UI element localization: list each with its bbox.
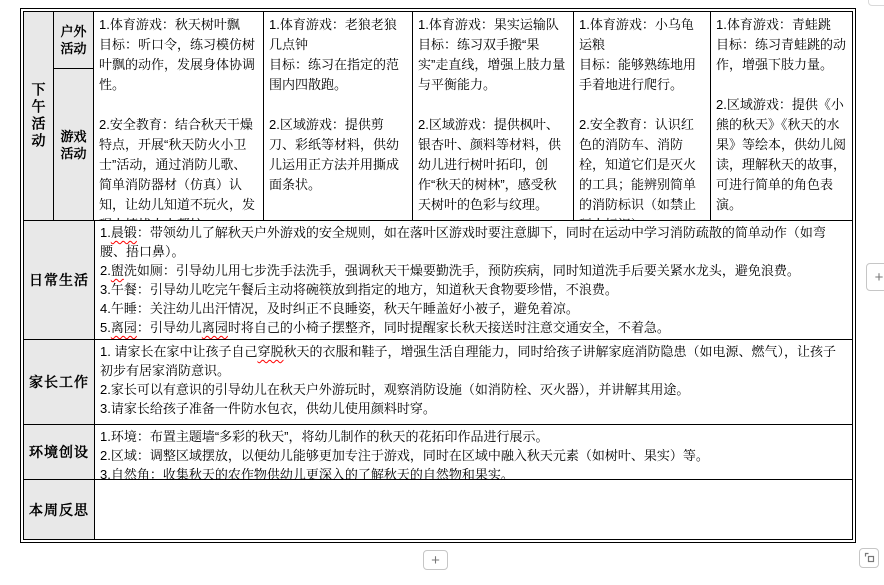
daily-life-content-cell[interactable]: 1.晨锻：带领幼儿了解秋天户外游戏的安全规则，如在落叶区游戏时要注意脚下，同时在… bbox=[95, 221, 852, 339]
plus-icon: + bbox=[431, 553, 440, 568]
add-row-button[interactable]: + bbox=[423, 550, 448, 570]
day-3-plan-cell[interactable]: 1.体育游戏：果实运输队目标：练习双手搬“果实”走直线，增强上肢力量与平衡能力。… bbox=[413, 12, 574, 220]
row-label-reflection[interactable]: 本周反思 bbox=[24, 480, 95, 539]
resize-table-button[interactable] bbox=[859, 548, 879, 568]
parent-work-content-cell[interactable]: 1. 请家长在家中让孩子自己穿脱秋天的衣服和鞋子，增强生活自理能力，同时给孩子讲… bbox=[95, 340, 852, 424]
row-label-game-activities[interactable]: 游戏活动 bbox=[54, 69, 93, 220]
environment-row: 环境创设 1.环境：布置主题墙“多彩的秋天”，将幼儿制作的秋天的花拓印作品进行展… bbox=[24, 425, 852, 480]
environment-content-cell[interactable]: 1.环境：布置主题墙“多彩的秋天”，将幼儿制作的秋天的花拓印作品进行展示。2.区… bbox=[95, 425, 852, 479]
day-1-plan-cell[interactable]: 1.体育游戏：秋天树叶飘目标：听口令，练习模仿树叶飘的动作，发展身体协调性。 2… bbox=[94, 12, 264, 220]
reflection-row: 本周反思 bbox=[24, 480, 852, 539]
afternoon-activities-row: 下午活动 户外活动 游戏活动 1.体育游戏：秋天树叶飘目标：听口令，练习模仿树叶… bbox=[24, 12, 852, 221]
expand-corner-icon bbox=[864, 551, 875, 566]
day-2-plan-cell[interactable]: 1.体育游戏：老狼老狼几点钟目标：练习在指定的范围内四散跑。 2.区域游戏：提供… bbox=[264, 12, 413, 220]
row-label-environment[interactable]: 环境创设 bbox=[24, 425, 95, 479]
afternoon-sublabels: 户外活动 游戏活动 bbox=[54, 12, 94, 220]
row-label-daily-life[interactable]: 日常生活 bbox=[24, 221, 95, 339]
add-column-button[interactable]: + bbox=[866, 263, 884, 291]
partial-button-cut-off[interactable] bbox=[868, 0, 884, 6]
row-label-outdoor-activities[interactable]: 户外活动 bbox=[54, 12, 93, 69]
day-5-plan-cell[interactable]: 1.体育游戏：青蛙跳目标：练习青蛙跳的动作，增强下肢力量。 2.区域游戏：提供《… bbox=[711, 12, 852, 220]
day-4-plan-cell[interactable]: 1.体育游戏：小乌龟运粮目标：能够熟练地用手着地进行爬行。 2.安全教育：认识红… bbox=[574, 12, 711, 220]
afternoon-label-text: 下午活动 bbox=[29, 82, 49, 150]
weekly-plan-table: 下午活动 户外活动 游戏活动 1.体育游戏：秋天树叶飘目标：听口令，练习模仿树叶… bbox=[20, 8, 856, 543]
row-label-parent-work[interactable]: 家长工作 bbox=[24, 340, 95, 424]
row-label-afternoon-activities[interactable]: 下午活动 bbox=[24, 12, 54, 220]
parent-work-row: 家长工作 1. 请家长在家中让孩子自己穿脱秋天的衣服和鞋子，增强生活自理能力，同… bbox=[24, 340, 852, 425]
reflection-content-cell[interactable] bbox=[95, 480, 852, 539]
daily-life-row: 日常生活 1.晨锻：带领幼儿了解秋天户外游戏的安全规则，如在落叶区游戏时要注意脚… bbox=[24, 221, 852, 340]
plus-icon: + bbox=[875, 270, 884, 285]
